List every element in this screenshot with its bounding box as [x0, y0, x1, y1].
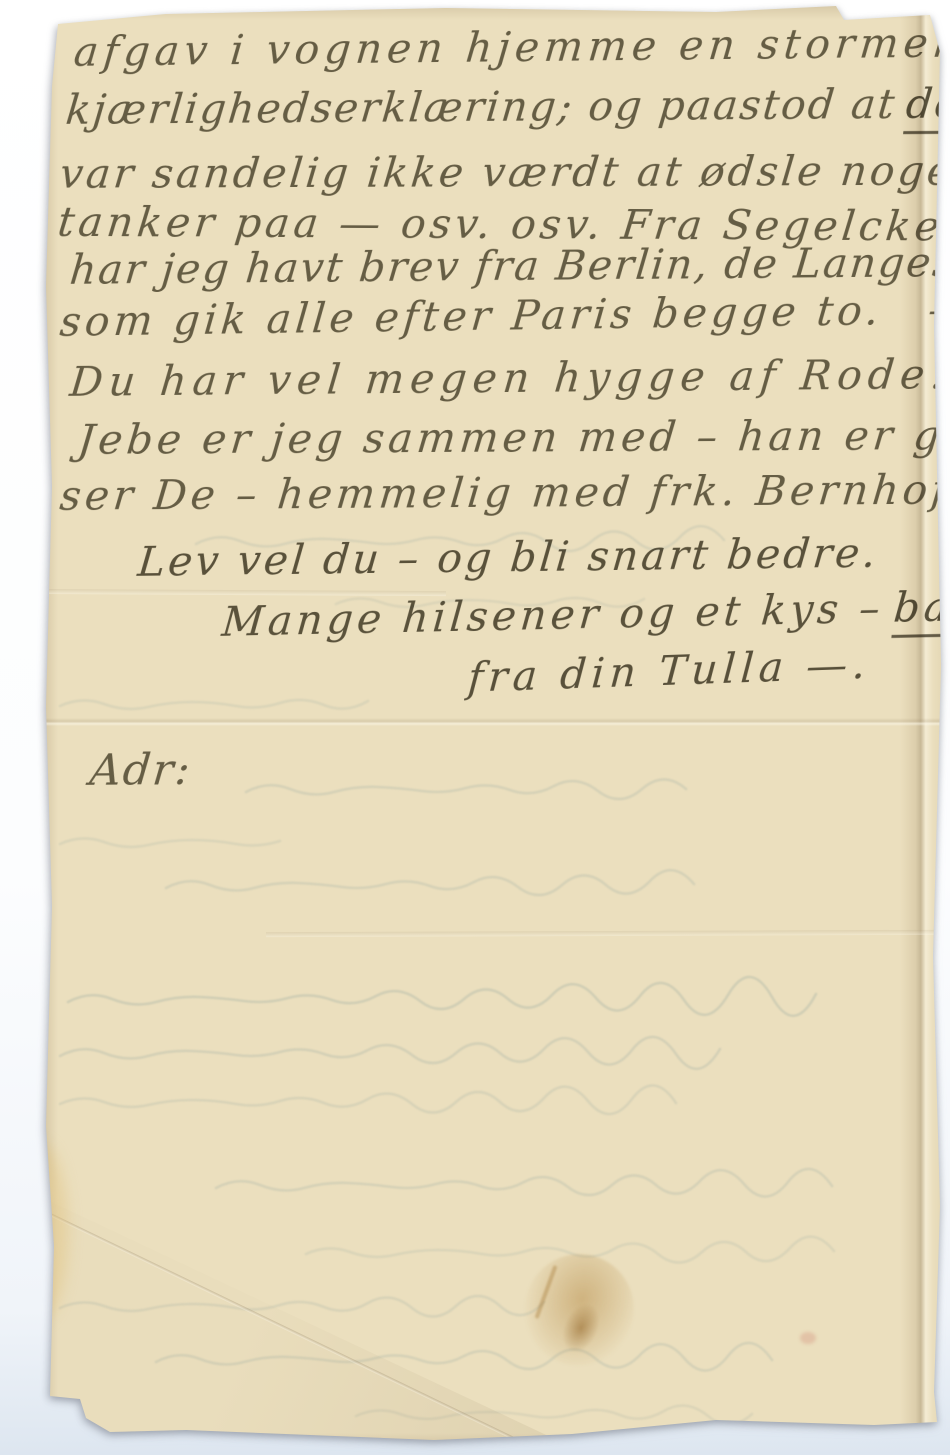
line-text: Adr: [88, 745, 194, 796]
underlined-word: bare [891, 582, 950, 638]
handwritten-line-7: Du har vel megen hygge af Rode. [68, 354, 950, 403]
line-text: kjærlighedserklæring; og paastod at [64, 80, 899, 134]
handwritten-line-9: ser De – hemmelig med frk. Bernhoft. [58, 470, 950, 518]
handwritten-line-5: har jeg havt brev fra Berlin, de Langes [68, 242, 950, 291]
underlined-word: den [903, 80, 950, 135]
line-text: Du har vel megen hygge af Rode. [68, 350, 950, 406]
trailing-dash: ——— [926, 284, 950, 334]
handwritten-line-3: var sandelig ikke værdt at ødsle nogen [58, 151, 950, 195]
handwritten-line-10: Lev vel du – og bli snart bedre. [136, 533, 880, 583]
address-label: Adr: [88, 749, 194, 793]
line-text: afgav i vognen hjemme en stormende [72, 18, 950, 76]
line-text: Jebe er jeg sammen med – han er gift [76, 411, 950, 464]
handwritten-line-6: som gik alle efter Paris begge to.——— [58, 288, 950, 343]
scanned-letter: afgav i vognen hjemme en stormende kjærl… [0, 0, 950, 1455]
handwritten-line-1: afgav i vognen hjemme en stormende [72, 22, 950, 73]
line-text: Lev vel du – og bli snart bedre. [136, 529, 881, 586]
line-text: ser De – hemmelig med frk. Bernhoft. [58, 466, 950, 521]
letter-page: afgav i vognen hjemme en stormende kjærl… [16, 6, 946, 1449]
line-text: har jeg havt brev fra Berlin, de Langes [68, 238, 950, 294]
line-text: var sandelig ikke værdt at ødsle nogen [58, 147, 950, 198]
handwritten-line-2: kjærlighedserklæring; og paastod atden [64, 84, 950, 131]
handwritten-line-8: Jebe er jeg sammen med – han er gift [76, 415, 950, 461]
letter-page-wrap: afgav i vognen hjemme en stormende kjærl… [16, 6, 946, 1449]
